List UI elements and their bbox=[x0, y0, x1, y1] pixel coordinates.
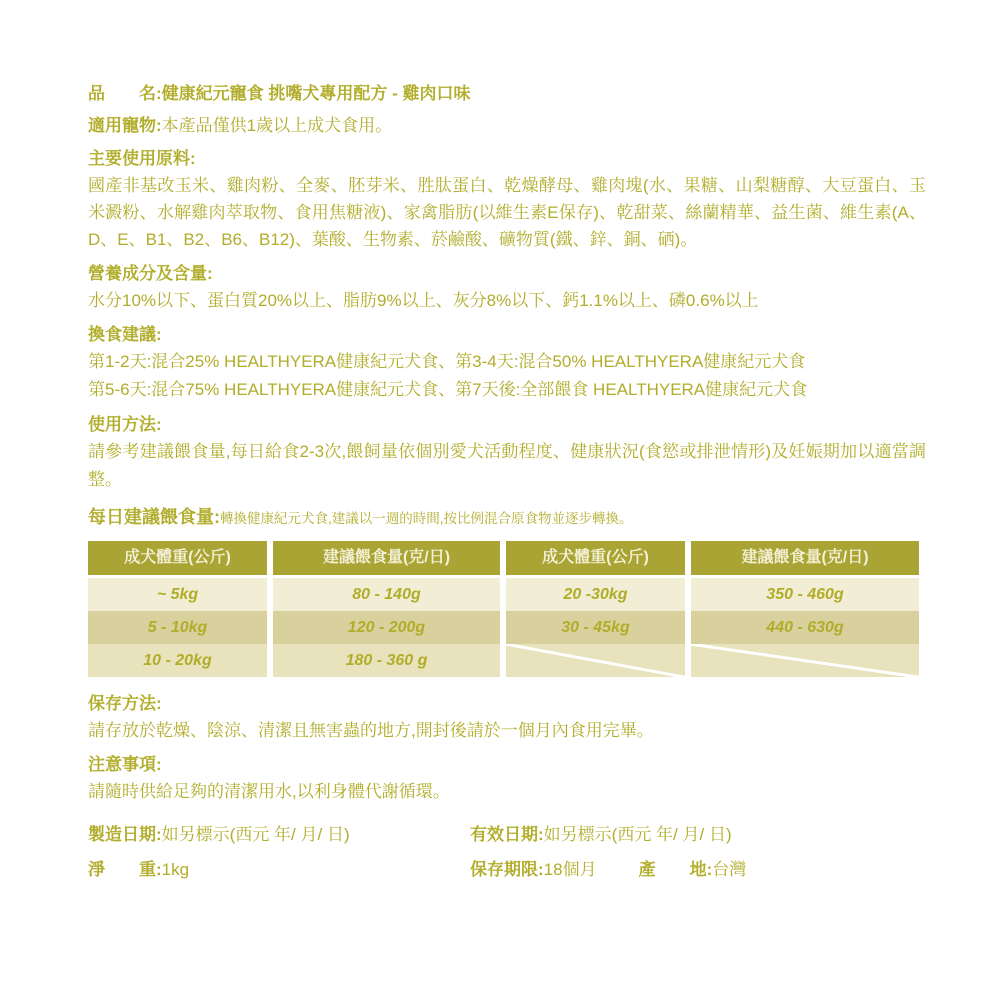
shelf-life-origin-line: 保存期限:18個月產 地:台灣 bbox=[470, 852, 926, 887]
expiry-date-line: 有效日期:如另標示(西元 年/ 月/ 日) bbox=[470, 817, 926, 852]
footer-row-weight-shelf: 淨 重:1kg 保存期限:18個月產 地:台灣 bbox=[88, 852, 926, 887]
feeding-table-header-weight-2: 成犬體重(公斤) bbox=[506, 541, 685, 578]
feeding-table-cell: 80 - 140g bbox=[273, 578, 500, 611]
daily-feeding-line: 每日建議餵食量:轉換健康紀元犬食,建議以一週的時間,按比例混合原食物並逐步轉換。 bbox=[88, 503, 926, 533]
shelf-life-value: 18個月 bbox=[544, 860, 597, 879]
feeding-table: 成犬體重(公斤) 建議餵食量(克/日) 成犬體重(公斤) 建議餵食量(克/日) … bbox=[88, 541, 926, 677]
feeding-table-header-amount-1: 建議餵食量(克/日) bbox=[273, 541, 500, 578]
shelf-life-label: 保存期限: bbox=[470, 860, 544, 879]
nutrition-heading: 營養成分及含量: bbox=[88, 261, 926, 287]
daily-feeding-note: 轉換健康紀元犬食,建議以一週的時間,按比例混合原食物並逐步轉換。 bbox=[220, 511, 633, 526]
expiry-date-label: 有效日期: bbox=[470, 825, 544, 844]
footer-row-dates: 製造日期:如另標示(西元 年/ 月/ 日) 有效日期:如另標示(西元 年/ 月/… bbox=[88, 817, 926, 852]
feeding-table-cell: 20 -30kg bbox=[506, 578, 685, 611]
feeding-table-cell: 180 - 360 g bbox=[273, 644, 500, 677]
storage-text: 請存放於乾燥、陰涼、清潔且無害蟲的地方,開封後請於一個月內食用完畢。 bbox=[88, 717, 926, 744]
daily-feeding-label: 每日建議餵食量: bbox=[88, 507, 220, 527]
applicable-pet-value: 本產品僅供1歲以上成犬食用。 bbox=[162, 116, 392, 135]
net-weight-label: 淨 重: bbox=[88, 860, 162, 879]
transition-line-2: 第5-6天:混合75% HEALTHYERA健康紀元犬食、第7天後:全部餵食 H… bbox=[88, 376, 926, 404]
manufacture-date-line: 製造日期:如另標示(西元 年/ 月/ 日) bbox=[88, 817, 470, 852]
product-name-line: 品 名:健康紀元寵食 挑嘴犬專用配方 - 雞肉口味 bbox=[88, 82, 926, 106]
footer-block: 製造日期:如另標示(西元 年/ 月/ 日) 有效日期:如另標示(西元 年/ 月/… bbox=[88, 817, 926, 887]
feeding-table-cell: 30 - 45kg bbox=[506, 611, 685, 644]
applicable-pet-label: 適用寵物: bbox=[88, 116, 162, 135]
feeding-table-header-weight-1: 成犬體重(公斤) bbox=[88, 541, 267, 578]
net-weight-value: 1kg bbox=[162, 860, 189, 879]
feeding-table-cell: 440 - 630g bbox=[691, 611, 919, 644]
feeding-table-cell-empty bbox=[506, 644, 685, 677]
ingredients-text: 國產非基改玉米、雞肉粉、全麥、胚芽米、胜肽蛋白、乾燥酵母、雞肉塊(水、果糖、山梨… bbox=[88, 172, 926, 253]
feeding-table-cell-empty bbox=[691, 644, 919, 677]
manufacture-date-value: 如另標示(西元 年/ 月/ 日) bbox=[162, 825, 350, 844]
feeding-table-cell: 5 - 10kg bbox=[88, 611, 267, 644]
product-name-value: 健康紀元寵食 挑嘴犬專用配方 - 雞肉口味 bbox=[162, 84, 471, 103]
expiry-date-value: 如另標示(西元 年/ 月/ 日) bbox=[544, 825, 732, 844]
net-weight-line: 淨 重:1kg bbox=[88, 852, 470, 887]
nutrition-text: 水分10%以下、蛋白質20%以上、脂肪9%以上、灰分8%以下、鈣1.1%以上、磷… bbox=[88, 287, 926, 314]
ingredients-heading: 主要使用原料: bbox=[88, 146, 926, 172]
feeding-table-cell: ~ 5kg bbox=[88, 578, 267, 611]
transition-heading: 換食建議: bbox=[88, 322, 926, 348]
product-name-label: 品 名: bbox=[88, 84, 162, 103]
feeding-table-cell: 350 - 460g bbox=[691, 578, 919, 611]
applicable-pet-line: 適用寵物:本產品僅供1歲以上成犬食用。 bbox=[88, 114, 926, 138]
notice-text: 請隨時供給足夠的清潔用水,以利身體代謝循環。 bbox=[88, 778, 926, 805]
origin-value: 台灣 bbox=[712, 860, 746, 879]
feeding-table-cell: 120 - 200g bbox=[273, 611, 500, 644]
feeding-table-header-amount-2: 建議餵食量(克/日) bbox=[691, 541, 919, 578]
usage-text: 請參考建議餵食量,每日給食2-3次,餵飼量依個別愛犬活動程度、健康狀況(食慾或排… bbox=[88, 438, 926, 494]
usage-heading: 使用方法: bbox=[88, 412, 926, 438]
product-label-sheet: 品 名:健康紀元寵食 挑嘴犬專用配方 - 雞肉口味 適用寵物:本產品僅供1歲以上… bbox=[88, 82, 926, 887]
manufacture-date-label: 製造日期: bbox=[88, 825, 162, 844]
feeding-table-cell: 10 - 20kg bbox=[88, 644, 267, 677]
storage-heading: 保存方法: bbox=[88, 691, 926, 717]
transition-line-1: 第1-2天:混合25% HEALTHYERA健康紀元犬食、第3-4天:混合50%… bbox=[88, 348, 926, 376]
notice-heading: 注意事項: bbox=[88, 752, 926, 778]
origin-label: 產 地: bbox=[639, 860, 713, 879]
